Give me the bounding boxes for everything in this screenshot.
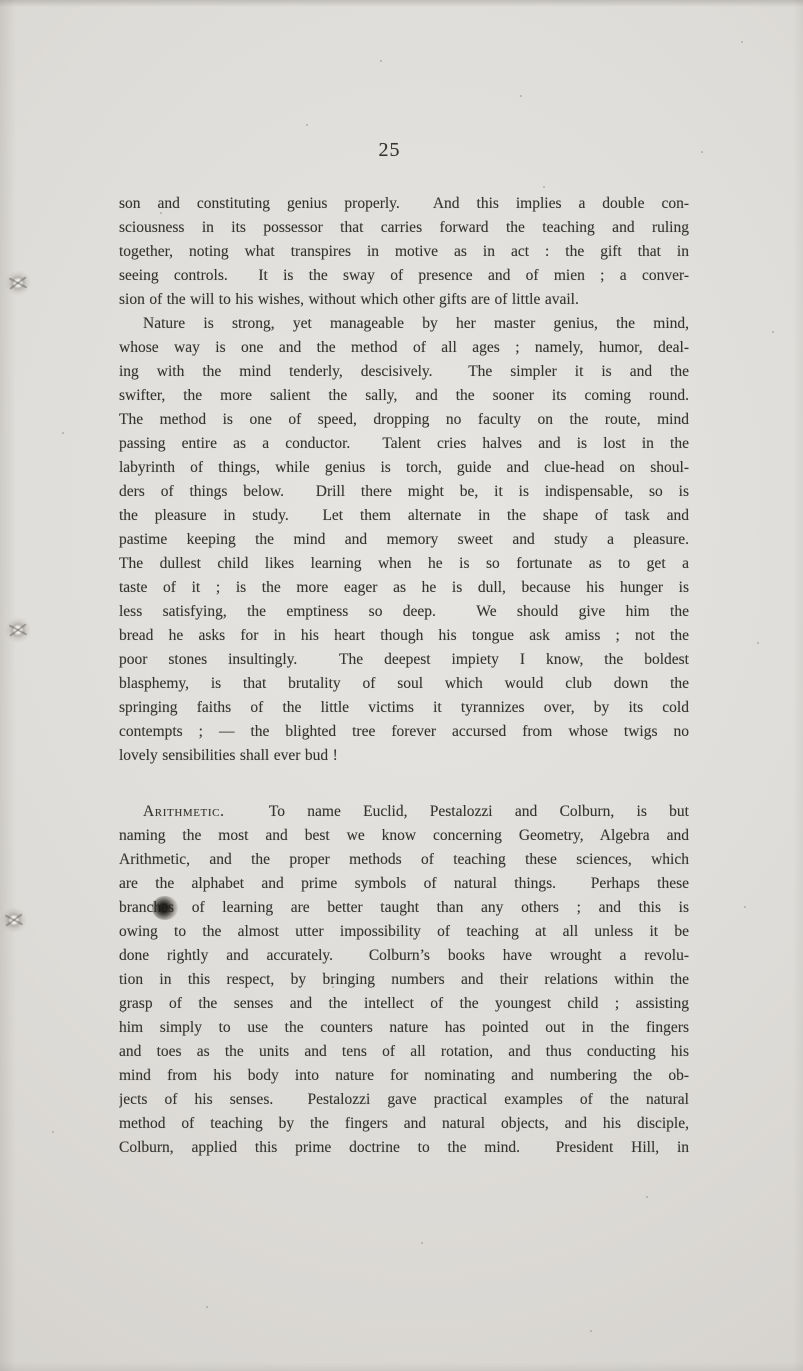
text-line: branches of learning are better taught t… [119,896,689,920]
scanned-book-page: 25 son and constituting genius properly.… [0,0,803,1371]
section-heading: Arithmetic. [143,803,225,820]
text-line: The method is one of speed, dropping no … [119,408,689,432]
paper-speck [421,1242,423,1244]
text-line: labyrinth of things, while genius is tor… [119,456,689,480]
text-line: Arithmetic, and the proper methods of te… [119,848,689,872]
paper-speck [772,331,774,333]
paper-speck [380,60,382,62]
paper-speck [646,1196,648,1198]
text-line: Colburn, applied this prime doctrine to … [119,1136,689,1160]
paper-speck [62,432,64,434]
text-line: blasphemy, is that brutality of soul whi… [119,672,689,696]
text-line: jects of his senses. Pestalozzi gave pra… [119,1088,689,1112]
text-line: the pleasure in study. Let them alternat… [119,504,689,528]
text-line: together, noting what transpires in moti… [119,240,689,264]
text-line: poor stones insultingly. The deepest imp… [119,648,689,672]
paragraph: son and constituting genius properly. An… [119,192,689,312]
paragraph: Arithmetic. To name Euclid, Pestalozzi a… [119,800,689,1160]
text-line: swifter, the more salient the sally, and… [119,384,689,408]
paper-speck [543,186,545,188]
page-text: son and constituting genius properly. An… [119,192,689,1160]
paper-speck [741,41,743,43]
text-line: method of teaching by the fingers and na… [119,1112,689,1136]
paragraph: Nature is strong, yet manageable by her … [119,312,689,768]
text-line: seeing controls. It is the sway of prese… [119,264,689,288]
text-line: sion of the will to his wishes, without … [119,288,689,312]
text-line: son and constituting genius properly. An… [119,192,689,216]
text-line: him simply to use the counters nature ha… [119,1016,689,1040]
paper-speck [757,642,759,644]
text-line: springing faiths of the little victims i… [119,696,689,720]
binding-crease-mark [0,906,28,934]
text-line: bread he asks for in his heart though hi… [119,624,689,648]
text-line: less satisfying, the emptiness so deep. … [119,600,689,624]
text-line: ing with the mind tenderly, descisively.… [119,360,689,384]
paper-speck [306,124,308,126]
binding-crease-mark [4,616,32,644]
text-line: and toes as the units and tens of all ro… [119,1040,689,1064]
text-line: naming the most and best we know concern… [119,824,689,848]
paper-speck [52,1131,54,1133]
paper-speck [520,95,522,97]
ink-blot [152,896,178,920]
text-line: pastime keeping the mind and memory swee… [119,528,689,552]
text-line: Arithmetic. To name Euclid, Pestalozzi a… [119,800,689,824]
text-line: passing entire as a conductor. Talent cr… [119,432,689,456]
text-line: tion in this respect, by bringing number… [119,968,689,992]
paper-speck [590,1330,592,1332]
text-line: taste of it ; is the more eager as he is… [119,576,689,600]
text-line: owing to the almost utter impossibility … [119,920,689,944]
text-line: The dullest child likes learning when he… [119,552,689,576]
page-number: 25 [0,139,791,162]
text-line: contempts ; — the blighted tree forever … [119,720,689,744]
text-line: ders of things below. Drill there might … [119,480,689,504]
text-line: are the alphabet and prime symbols of na… [119,872,689,896]
paper-speck [744,906,746,908]
binding-crease-mark [4,269,32,297]
text-line: whose way is one and the method of all a… [119,336,689,360]
text-line: lovely sensibilities shall ever bud ! [119,744,689,768]
text-line: mind from his body into nature for nomin… [119,1064,689,1088]
text-line: grasp of the senses and the intellect of… [119,992,689,1016]
paper-speck [206,1306,208,1308]
text-line: Nature is strong, yet manageable by her … [119,312,689,336]
text-line: done rightly and accurately. Colburn’s b… [119,944,689,968]
text-line: sciousness in its possessor that carries… [119,216,689,240]
